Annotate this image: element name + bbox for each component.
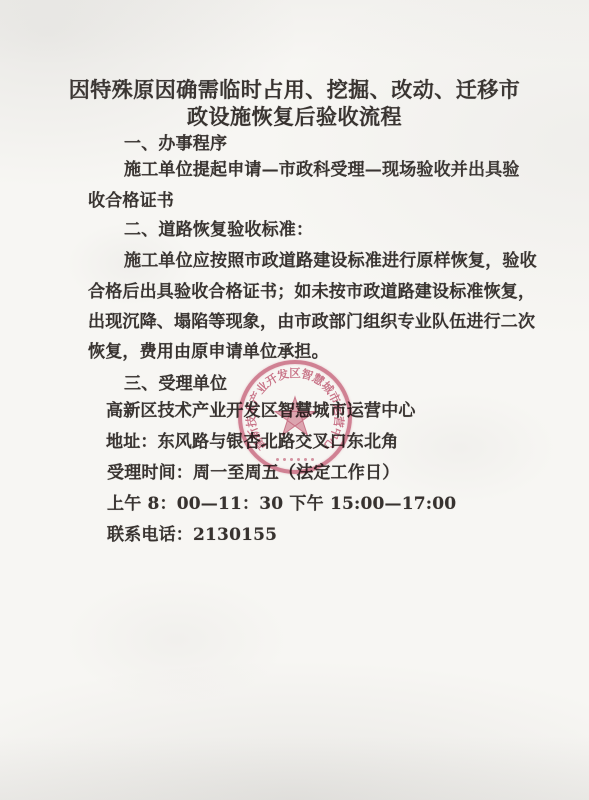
document-title-line-1: 因特殊原因确需临时占用、挖掘、改动、迁移市 bbox=[0, 74, 589, 104]
seal-serial-marks bbox=[276, 458, 314, 461]
contact-phone-line: 联系电话：2130155 bbox=[107, 520, 277, 545]
section2-paragraph-line-3: 出现沉降、塌陷等现象，由市政部门组织专业队伍进行二次 bbox=[88, 307, 535, 332]
section1-heading: 一、办事程序 bbox=[124, 129, 227, 154]
section3-heading: 三、受理单位 bbox=[124, 369, 227, 394]
section2-paragraph-line-2: 合格后出具验收合格证书；如未按市政道路建设标准恢复， bbox=[88, 277, 535, 302]
document-title-line-2: 政设施恢复后验收流程 bbox=[0, 101, 589, 131]
section2-paragraph-line-4: 恢复，费用由原申请单位承担。 bbox=[88, 337, 329, 362]
section2-heading: 二、道路恢复验收标准： bbox=[124, 215, 313, 240]
section1-paragraph-line-2: 收合格证书 bbox=[88, 186, 174, 211]
office-time-line: 上午 8：00—11：30 下午 15:00—17:00 bbox=[107, 489, 456, 514]
star-icon bbox=[271, 394, 319, 442]
section2-paragraph-line-1: 施工单位应按照市政道路建设标准进行原样恢复，验收 bbox=[124, 246, 537, 271]
section1-paragraph-line-1: 施工单位提起申请—市政科受理—现场验收并出具验 bbox=[124, 155, 520, 180]
scanned-document-page: 因特殊原因确需临时占用、挖掘、改动、迁移市 政设施恢复后验收流程 一、办事程序 … bbox=[0, 0, 589, 800]
official-red-seal: 高新技术产业开发区智慧城市运营中心 bbox=[238, 360, 352, 474]
